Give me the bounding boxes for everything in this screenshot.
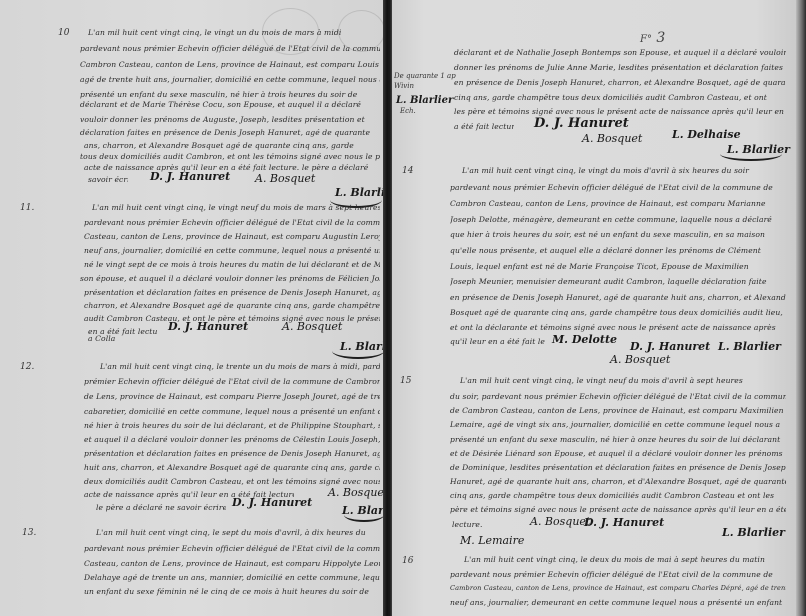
entry-number: 14 <box>402 166 413 176</box>
entry-text-line: pardevant nous prémier Echevin officier … <box>450 183 786 192</box>
entry-text-line: de Dominique, lesdites présentation et d… <box>450 463 786 472</box>
entry-text-line: Casteau, canton de Lens, province de Hai… <box>84 559 380 568</box>
entry-text-line: cabaretier, domicilié en cette commune, … <box>84 407 380 416</box>
entry-text-line: Cambron Casteau, canton de Lens, provinc… <box>450 584 786 592</box>
entry-text-line: le père a déclaré ne savoir écrire. <box>96 503 226 512</box>
entry-text-line: un enfant du sexe féminin né le cinq de … <box>84 587 380 596</box>
entry-text-line: cinq ans, garde champêtre tous deux domi… <box>454 93 786 102</box>
signature: A. Bosquet <box>328 486 384 499</box>
entry-text-line: pardevant nous prémier Echevin officier … <box>80 44 380 53</box>
entry-text-line: vouloir donner les prénoms de Auguste, J… <box>80 115 380 124</box>
entry-text-line: qu'elle nous présente, et auquel elle a … <box>450 246 786 255</box>
entry-text-line: déclarant et de Nathalie Joseph Bontemps… <box>454 48 786 57</box>
entry-text-line: Cambron Casteau, canton de Lens, provinc… <box>450 199 786 208</box>
margin-signature: L. Blarlier <box>396 95 453 106</box>
document-scan: 10 L'an mil huit cent vingt cinq, le vin… <box>0 0 806 616</box>
entry-text-line: pardevant nous prémier Echevin officier … <box>84 544 380 553</box>
entry-text-line: les père et témoins signé avec nous le p… <box>454 107 786 116</box>
signature: L. Blarlier <box>722 526 785 539</box>
entry-number: 15 <box>400 376 411 386</box>
entry-text-line: son épouse, et auquel il a déclaré voulo… <box>80 274 380 283</box>
margin-note: De quarante 1 ap <box>394 72 456 80</box>
entry-text-line: savoir écrire. <box>88 175 128 184</box>
entry-text-line: neuf ans, journalier, domicilié en cette… <box>84 246 380 255</box>
entry-text-line: Louis, lequel enfant est né de Marie Fra… <box>450 262 786 271</box>
entry-text-line: présenté un enfant du sexe masculin, né … <box>450 435 786 444</box>
entry-number: 13. <box>22 528 36 538</box>
entry-text-line: qu'il leur en a été fait lecture. <box>450 337 545 346</box>
entry-text-line: que hier à trois heures du soir, est né … <box>450 230 786 239</box>
entry-text-line: Bosquet agé de quarante cinq ans, garde … <box>450 308 786 317</box>
signature: A. Bosquet <box>255 172 315 185</box>
entry-text-line: lecture. <box>452 520 482 529</box>
entry-text-line: et de Désirée Liénard son Epouse, et auq… <box>450 449 786 458</box>
entry-text-line: Joseph Delotte, ménagère, demeurant en c… <box>450 215 786 224</box>
entry-text-line: présentation et déclaration faites en pr… <box>84 288 380 297</box>
entry-number: 16 <box>402 556 413 566</box>
entry-text-line: pardevant nous prémier Echevin officier … <box>450 570 786 579</box>
entry-text-line: a été fait lecture. <box>454 122 514 131</box>
entry-text-line: Delahaye agé de trente un ans, mannier, … <box>84 573 380 582</box>
entry-text-line: présentation et déclaration faites en pr… <box>84 449 380 458</box>
folio-value: 3 <box>656 30 665 46</box>
signature: A. Bosquet <box>582 132 642 145</box>
folio-prefix: F° <box>640 34 652 45</box>
entry-text-line: tous deux domiciliés audit Cambron, et o… <box>80 152 380 161</box>
entry-text-line: déclaration faites en présence de Denis … <box>80 128 380 137</box>
entry-text-line: L'an mil huit cent vingt cinq, le vingt … <box>460 376 786 385</box>
entry-annotation: a Colla <box>88 334 128 343</box>
signature: A. Bosquet <box>610 353 670 366</box>
entry-text-line: cinq ans, garde champêtre tous deux domi… <box>450 491 786 500</box>
entry-text-line: du soir, pardevant nous prémier Echevin … <box>450 392 786 401</box>
entry-text-line: huit ans, charron, et Alexandre Bosquet … <box>84 463 380 472</box>
entry-text-line: né le vingt sept de ce mois à trois heur… <box>84 260 380 269</box>
entry-text-line: Cambron Casteau, canton de Lens, provinc… <box>80 60 380 69</box>
entry-text-line: Joseph Meunier, menuisier demeurant audi… <box>450 277 786 286</box>
signature: D. J. Hanuret <box>150 170 230 183</box>
entry-text-line: né hier à trois heures du soir de lui dé… <box>84 421 380 430</box>
entry-text-line: déclarant et de Marie Thérèse Cocu, son … <box>80 100 380 109</box>
signature: D. J. Hanuret <box>534 116 629 131</box>
signature-flourish <box>720 147 782 161</box>
entry-text-line: neuf ans, journalier, demeurant en cette… <box>450 598 786 607</box>
entry-text-line: en présence de Denis Joseph Hanuret, agé… <box>450 293 786 302</box>
entry-text-line: L'an mil huit cent vingt cinq, le deux d… <box>464 555 786 564</box>
entry-text-line: acte de naissance après qu'il leur en a … <box>84 163 380 172</box>
signature: M. Delotte <box>552 333 617 346</box>
entry-text-line: Casteau, canton de Lens, province de Hai… <box>84 232 380 241</box>
entry-text-line: et ont la déclarante et témoins signé av… <box>450 323 786 332</box>
margin-note: Wivin <box>394 82 414 90</box>
entry-number: 12. <box>20 362 34 372</box>
signature: A. Bosquet <box>530 515 590 528</box>
signature: L. Blarlier <box>718 340 781 353</box>
signature-flourish <box>344 508 384 522</box>
entry-text-line: présenté un enfant du sexe masculin, né … <box>80 90 380 99</box>
folio-number: F° 3 <box>640 30 665 46</box>
entry-text-line: Hanuret, agé de quarante huit ans, charr… <box>450 477 786 486</box>
signature: D. J. Hanuret <box>630 340 710 353</box>
entry-text-line: donner les prénoms de Julie Anne Marie, … <box>454 63 786 72</box>
entry-text-line: agé de trente huit ans, journalier, domi… <box>80 75 380 84</box>
entry-text-line: en présence de Denis Joseph Hanuret, cha… <box>454 78 786 87</box>
entry-text-line: L'an mil huit cent vingt cinq, le sept d… <box>96 528 380 537</box>
entry-text-line: L'an mil huit cent vingt cinq, le vingt … <box>92 203 380 212</box>
signature: D. J. Hanuret <box>168 320 248 333</box>
entry-text-line: père et témoins signé avec nous le prése… <box>450 505 786 514</box>
left-page: 10 L'an mil huit cent vingt cinq, le vin… <box>0 0 384 616</box>
entry-text-line: et auquel il a déclaré vouloir donner le… <box>84 435 380 444</box>
entry-text-line: deux domiciliés audit Cambron Casteau, e… <box>84 477 380 486</box>
entry-text-line: ans, charron, et Alexandre Bosquet agé d… <box>84 141 380 150</box>
entry-text-line: de Cambron Casteau, canton de Lens, prov… <box>450 406 786 415</box>
margin-note: Ech. <box>400 107 416 115</box>
entry-text-line: prémier Echevin officier délégué de l'Et… <box>84 377 380 386</box>
entry-text-line: Lemaire, agé de vingt six ans, journalie… <box>450 420 786 429</box>
signature: A. Bosquet <box>282 320 342 333</box>
signature: L. Delhaise <box>672 128 741 141</box>
entry-text-line: pardevant nous prémier Echevin officier … <box>84 218 380 227</box>
signature: M. Lemaire <box>460 534 524 547</box>
entry-text-line: L'an mil huit cent vingt cinq, le vingt … <box>462 166 786 175</box>
page-edge <box>796 0 806 616</box>
entry-text-line: L'an mil huit cent vingt cinq, le vingt … <box>88 28 380 37</box>
signature-flourish <box>332 343 384 359</box>
entry-number: 11. <box>20 203 34 213</box>
entry-text-line: charron, et Alexandre Bosquet agé de qua… <box>84 301 380 310</box>
entry-text-line: de Lens, province de Hainaut, est compar… <box>84 392 380 401</box>
signature: D. J. Hanuret <box>584 516 664 529</box>
entry-number: 10 <box>58 28 69 38</box>
right-page: F° 3 De quarante 1 ap Wivin L. Blarlier … <box>392 0 796 616</box>
entry-text-line: L'an mil huit cent vingt cinq, le trente… <box>100 362 380 371</box>
signature: D. J. Hanuret <box>232 496 312 509</box>
